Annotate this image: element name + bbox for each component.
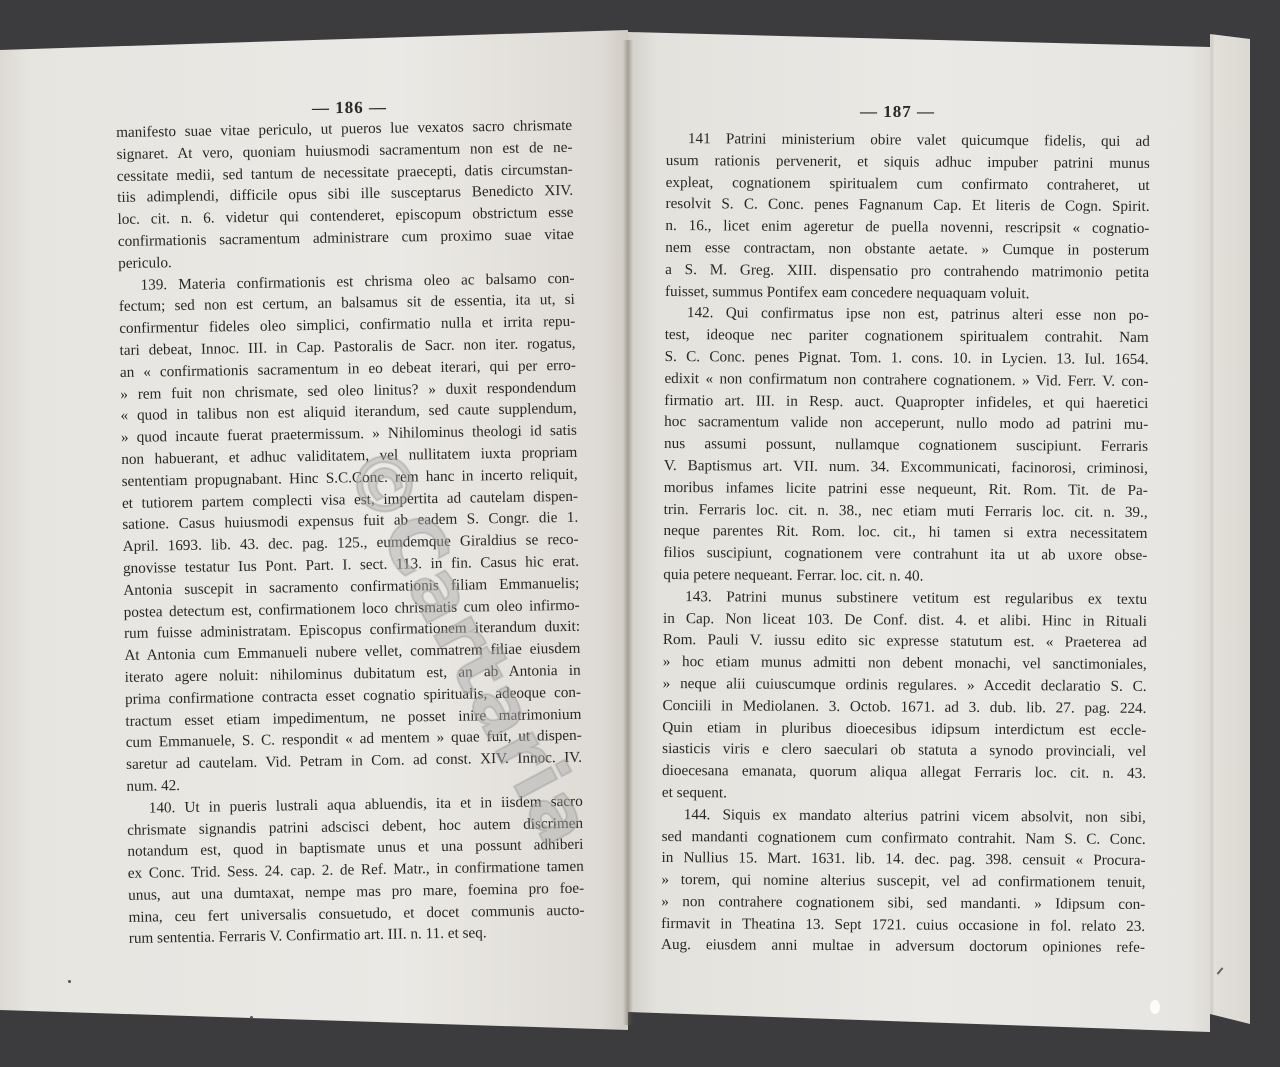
text-line: resolvit S. C. Conc. penes Fagnanum Cap.… <box>665 193 1149 218</box>
text-line: test, ideoque nec pariter cognationem sp… <box>665 324 1149 349</box>
text-line: Aug. eiusdem anni multae in adversum doc… <box>661 934 1145 959</box>
page-number-right: — 187 — <box>860 102 935 122</box>
text-line: edixit « non confirmatum non contrahere … <box>664 368 1148 393</box>
text-line: nem esse contractam, non obstante aetate… <box>665 237 1149 262</box>
text-line: firmatio art. III. in Resp. auct. Quapro… <box>664 390 1148 415</box>
book-gutter <box>623 40 633 1025</box>
right-page-body: 141 Patrini ministerium obire valet quic… <box>661 128 1150 959</box>
paragraph-start-line: 143. Patrini munus substinere vetitum es… <box>663 586 1147 611</box>
text-line: » hoc etiam munus admitti non debent mon… <box>663 651 1147 676</box>
text-line: a S. M. Greg. XIII. dispensatio pro cont… <box>665 259 1149 284</box>
text-line: S. C. Conc. penes Pignat. Tom. 1. cons. … <box>665 346 1149 371</box>
text-line: n. 16., licet enim ageretur de puella no… <box>665 215 1149 240</box>
text-line: sed mandanti cognationem cum confirmato … <box>662 825 1146 850</box>
text-line: expleat, cognationem spiritualem cum con… <box>666 172 1150 197</box>
text-line: in Cap. Non liceat 103. De Conf. dist. 4… <box>663 608 1147 633</box>
text-line: Rom. Pauli V. iussu edito sic expresse s… <box>663 629 1147 654</box>
text-line: fuisset, summus Pontifex eam concedere n… <box>665 281 1149 306</box>
text-line: trin. Ferraris loc. cit. n. 38., nec eti… <box>664 499 1148 524</box>
text-line: V. Baptismus art. VII. num. 34. Excommun… <box>664 455 1148 480</box>
text-line: » neque alii cuiuscumque ordinis regular… <box>663 673 1147 698</box>
text-line: Conciili in Mediolanen. 3. Octob. 1671. … <box>662 695 1146 720</box>
text-line: filios suscipiunt, cognationem vere cont… <box>663 542 1147 567</box>
paper-spot <box>250 1016 253 1019</box>
text-line: usum rationis pervenerit, et siquis adhu… <box>666 150 1150 175</box>
text-line: in Nullius 15. Mart. 1631. lib. 14. dec.… <box>661 847 1145 872</box>
text-line: dioecesana emanata, quorum aliqua allega… <box>662 760 1146 785</box>
text-line: Quin etiam in pluribus dioecesibus idips… <box>662 717 1146 742</box>
page-edges <box>1210 34 1250 1034</box>
light-glare <box>1150 1000 1160 1014</box>
text-line: quia petere nequeant. Ferrar. loc. cit. … <box>663 564 1147 589</box>
paragraph-start-line: 141 Patrini ministerium obire valet quic… <box>666 128 1150 153</box>
text-line: firmavit in Theatina 13. Sept 1721. cuiu… <box>661 913 1145 938</box>
paper-spot <box>68 980 71 983</box>
text-line: nus assumi possunt, nullamque cognatione… <box>664 433 1148 458</box>
text-line: hoc sacramentum valide non acceperunt, n… <box>664 411 1148 436</box>
text-line: neque parentes Rit. Rom. loc. cit., hi t… <box>663 520 1147 545</box>
text-line: » torem, qui nomine alterius suscepit, v… <box>661 869 1145 894</box>
text-line: siasticis viris e clero saeculari ob sta… <box>662 738 1146 763</box>
text-line: et sequent. <box>662 782 1146 807</box>
paragraph-start-line: 144. Siquis ex mandato alterius patrini … <box>662 804 1146 829</box>
paragraph-start-line: 142. Qui confirmatus ipse non est, patri… <box>665 302 1149 327</box>
open-book: — 186 — — 187 — manifesto suae vitae per… <box>0 0 1280 1067</box>
text-line: moribus infames licite patrini esse nequ… <box>664 477 1148 502</box>
text-line: » non contrahere cognationem sibi, sed m… <box>661 891 1145 916</box>
page-number-left: — 186 — <box>312 98 387 119</box>
